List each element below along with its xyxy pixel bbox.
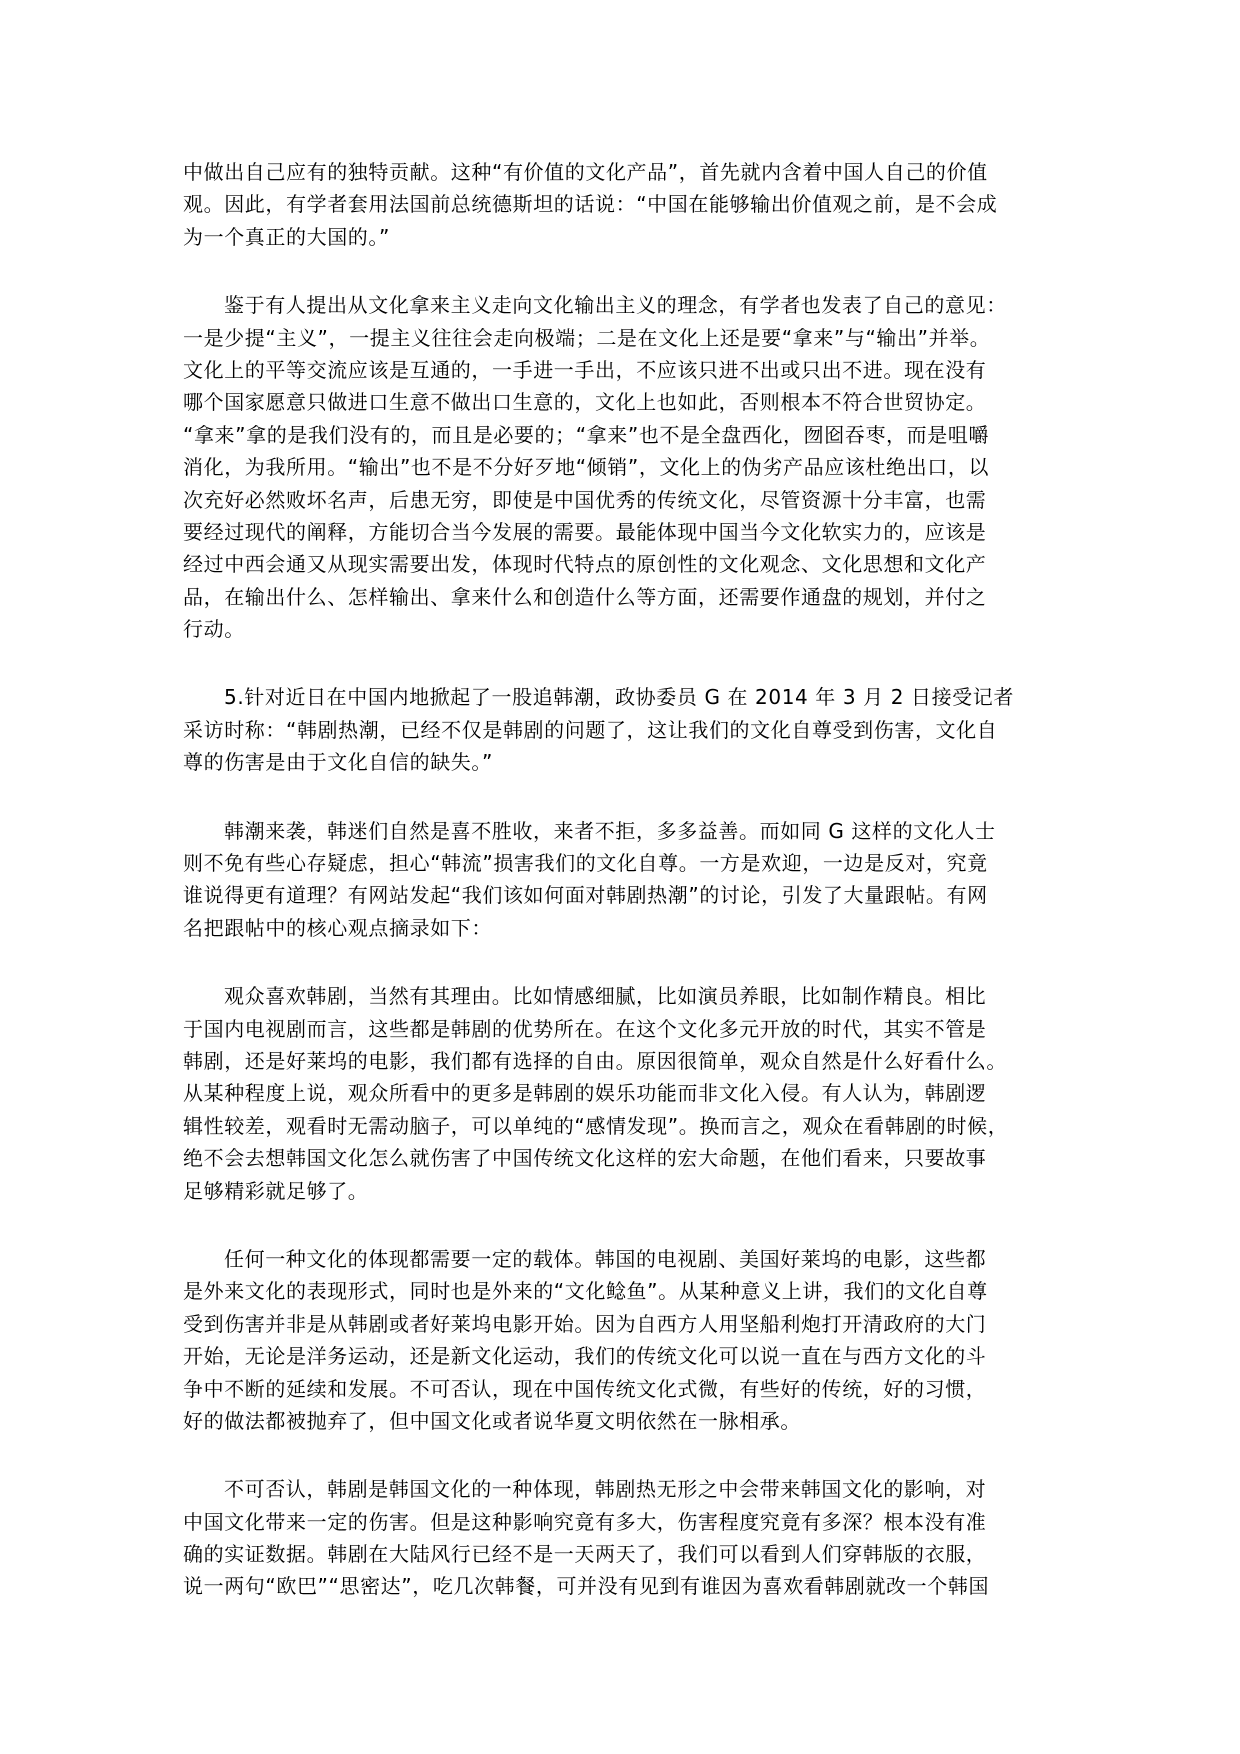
text-line: 任何一种文化的体现都需要一定的载体。韩国的电视剧、美国好莱坞的电影，这些都 [183, 1243, 1083, 1275]
paragraph-3-question-5: 5.针对近日在中国内地掀起了一股追韩潮，政协委员 G 在 2014 年 3 月 … [183, 681, 1083, 778]
text-line: 说一两句“欧巴”“思密达”，吃几次韩餐，可并没有见到有谁因为喜欢看韩剧就改一个韩… [183, 1570, 1083, 1602]
text-line: 鉴于有人提出从文化拿来主义走向文化输出主义的理念，有学者也发表了自己的意见： [183, 289, 1083, 321]
text-line: 观众喜欢韩剧，当然有其理由。比如情感细腻，比如演员养眼，比如制作精良。相比 [183, 980, 1083, 1012]
text-line: 为一个真正的大国的。” [183, 221, 1083, 253]
paragraph-5: 观众喜欢韩剧，当然有其理由。比如情感细腻，比如演员养眼，比如制作精良。相比 于国… [183, 980, 1083, 1207]
paragraph-6: 任何一种文化的体现都需要一定的载体。韩国的电视剧、美国好莱坞的电影，这些都 是外… [183, 1243, 1083, 1437]
text-line: “拿来”拿的是我们没有的，而且是必要的；“拿来”也不是全盘西化，囫囵吞枣，而是咀… [183, 419, 1083, 451]
text-line: 于国内电视剧而言，这些都是韩剧的优势所在。在这个文化多元开放的时代，其实不管是 [183, 1013, 1083, 1045]
text-line: 则不免有些心存疑虑，担心“韩流”损害我们的文化自尊。一方是欢迎，一边是反对，究竟 [183, 847, 1083, 879]
text-line: 5.针对近日在中国内地掀起了一股追韩潮，政协委员 G 在 2014 年 3 月 … [183, 681, 1083, 713]
text-line: 足够精彩就足够了。 [183, 1175, 1083, 1207]
text-line: 确的实证数据。韩剧在大陆风行已经不是一天两天了，我们可以看到人们穿韩版的衣服， [183, 1538, 1083, 1570]
text-line: 韩剧，还是好莱坞的电影，我们都有选择的自由。原因很简单，观众自然是什么好看什么。 [183, 1045, 1083, 1077]
text-line: 中做出自己应有的独特贡献。这种“有价值的文化产品”，首先就内含着中国人自己的价值 [183, 156, 1083, 188]
text-line: 受到伤害并非是从韩剧或者好莱坞电影开始。因为自西方人用坚船利炮打开清政府的大门 [183, 1308, 1083, 1340]
text-line: 消化，为我所用。“输出”也不是不分好歹地“倾销”，文化上的伪劣产品应该杜绝出口，… [183, 451, 1083, 483]
paragraph-4: 韩潮来袭，韩迷们自然是喜不胜收，来者不拒，多多益善。而如同 G 这样的文化人士 … [183, 815, 1083, 945]
text-line: 名把跟帖中的核心观点摘录如下： [183, 912, 1083, 944]
text-line: 要经过现代的阐释，方能切合当今发展的需要。最能体现中国当今文化软实力的，应该是 [183, 516, 1083, 548]
text-line: 是外来文化的表现形式，同时也是外来的“文化鲶鱼”。从某种意义上讲，我们的文化自尊 [183, 1275, 1083, 1307]
text-line: 经过中西会通又从现实需要出发，体现时代特点的原创性的文化观念、文化思想和文化产 [183, 548, 1083, 580]
text-line: 中国文化带来一定的伤害。但是这种影响究竟有多大，伤害程度究竟有多深？根本没有准 [183, 1506, 1083, 1538]
text-line: 从某种程度上说，观众所看中的更多是韩剧的娱乐功能而非文化入侵。有人认为，韩剧逻 [183, 1077, 1083, 1109]
paragraph-1: 中做出自己应有的独特贡献。这种“有价值的文化产品”，首先就内含着中国人自己的价值… [183, 156, 1083, 253]
paragraph-7: 不可否认，韩剧是韩国文化的一种体现，韩剧热无形之中会带来韩国文化的影响，对 中国… [183, 1473, 1083, 1603]
text-line: 不可否认，韩剧是韩国文化的一种体现，韩剧热无形之中会带来韩国文化的影响，对 [183, 1473, 1083, 1505]
text-line: 文化上的平等交流应该是互通的，一手进一手出，不应该只进不出或只出不进。现在没有 [183, 354, 1083, 386]
text-line: 好的做法都被抛弃了，但中国文化或者说华夏文明依然在一脉相承。 [183, 1405, 1083, 1437]
document-page: 中做出自己应有的独特贡献。这种“有价值的文化产品”，首先就内含着中国人自己的价值… [183, 156, 1083, 1639]
text-line: 品，在输出什么、怎样输出、拿来什么和创造什么等方面，还需要作通盘的规划，并付之 [183, 581, 1083, 613]
text-line: 次充好必然败坏名声，后患无穷，即使是中国优秀的传统文化，尽管资源十分丰富，也需 [183, 484, 1083, 516]
text-line: 采访时称：“韩剧热潮，已经不仅是韩剧的问题了，这让我们的文化自尊受到伤害，文化自 [183, 714, 1083, 746]
text-line: 韩潮来袭，韩迷们自然是喜不胜收，来者不拒，多多益善。而如同 G 这样的文化人士 [183, 815, 1083, 847]
text-line: 一是少提“主义”，一提主义往往会走向极端；二是在文化上还是要“拿来”与“输出”并… [183, 322, 1083, 354]
text-line: 行动。 [183, 613, 1083, 645]
text-line: 观。因此，有学者套用法国前总统德斯坦的话说：“中国在能够输出价值观之前，是不会成 [183, 188, 1083, 220]
text-line: 谁说得更有道理？有网站发起“我们该如何面对韩剧热潮”的讨论，引发了大量跟帖。有网 [183, 879, 1083, 911]
text-line: 辑性较差，观看时无需动脑子，可以单纯的“感情发现”。换而言之，观众在看韩剧的时候… [183, 1110, 1083, 1142]
text-line: 哪个国家愿意只做进口生意不做出口生意的，文化上也如此，否则根本不符合世贸协定。 [183, 386, 1083, 418]
text-line: 争中不断的延续和发展。不可否认，现在中国传统文化式微，有些好的传统，好的习惯， [183, 1373, 1083, 1405]
text-line: 绝不会去想韩国文化怎么就伤害了中国传统文化这样的宏大命题，在他们看来，只要故事 [183, 1142, 1083, 1174]
text-line: 尊的伤害是由于文化自信的缺失。” [183, 746, 1083, 778]
paragraph-2: 鉴于有人提出从文化拿来主义走向文化输出主义的理念，有学者也发表了自己的意见： 一… [183, 289, 1083, 645]
text-line: 开始，无论是洋务运动，还是新文化运动，我们的传统文化可以说一直在与西方文化的斗 [183, 1340, 1083, 1372]
